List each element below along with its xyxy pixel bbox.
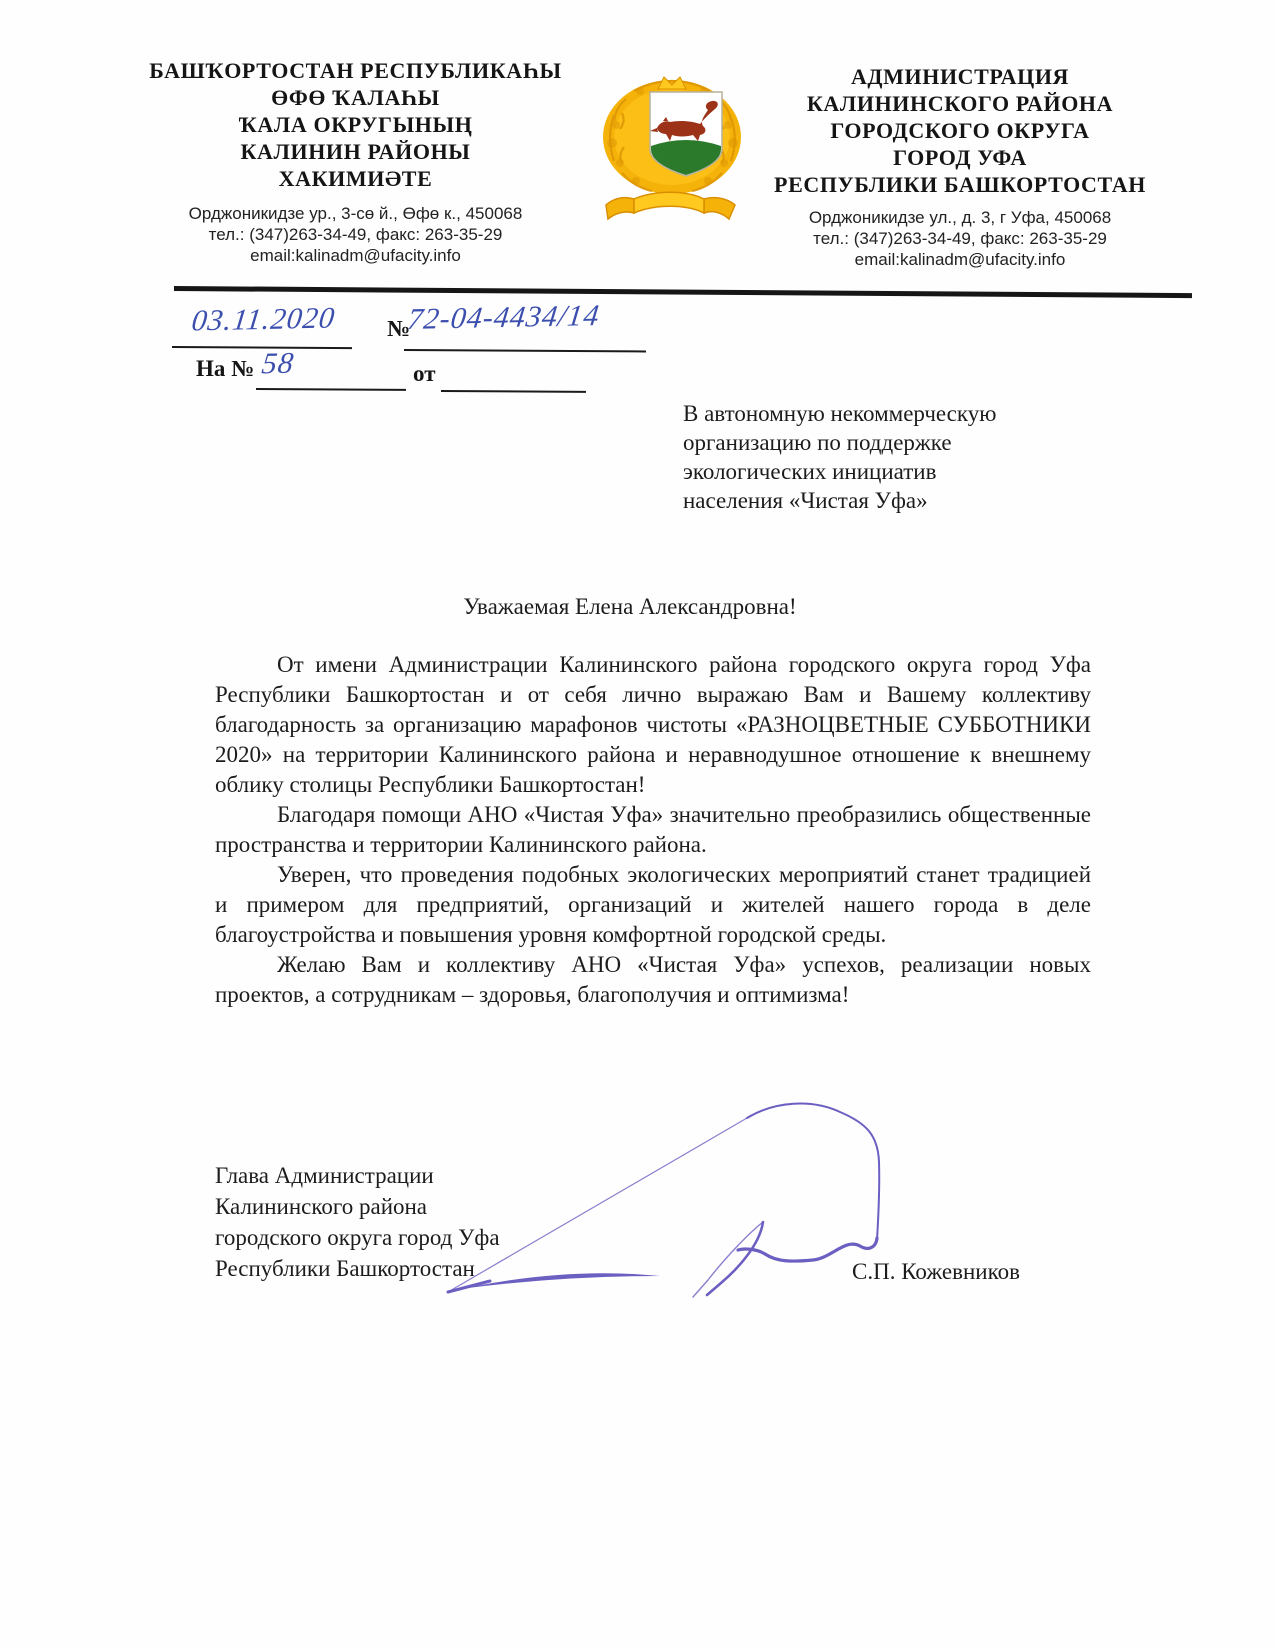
from-underline — [441, 390, 586, 393]
org-address-right: Орджоникидзе ул., д. 3, г Уфа, 450068тел… — [745, 207, 1175, 270]
org-title-bashkir: БАШҠОРТОСТАН РЕСПУБЛИКАҺЫӨФӨ ҠАЛАҺЫҠАЛА … — [118, 57, 593, 192]
recipient-line: В автономную некоммерческую — [683, 399, 1083, 428]
org-title-line: ГОРОДСКОГО ОКРУГА — [745, 117, 1175, 144]
letter-body: От имени Администрации Калининского райо… — [215, 650, 1091, 1010]
header-divider — [174, 286, 1192, 298]
org-title-line: КАЛИНИНСКОГО РАЙОНА — [745, 90, 1175, 117]
scanned-letter-page: БАШҠОРТОСТАН РЕСПУБЛИКАҺЫӨФӨ ҠАЛАҺЫҠАЛА … — [0, 0, 1275, 1650]
org-title-line: ӨФӨ ҠАЛАҺЫ — [118, 84, 593, 111]
org-title-line: ҠАЛА ОКРУГЫНЫҢ — [118, 111, 593, 138]
address-line: Орджоникидзе ур., 3-сө й., Өфө к., 45006… — [118, 203, 593, 224]
org-block-russian: АДМИНИСТРАЦИЯКАЛИНИНСКОГО РАЙОНАГОРОДСКО… — [745, 63, 1175, 270]
reply-label: На № — [196, 356, 254, 382]
number-underline — [404, 349, 646, 352]
handwritten-reply-number: 58 — [260, 347, 296, 382]
org-title-line: АДМИНИСТРАЦИЯ — [745, 63, 1175, 90]
handwritten-signature — [420, 1090, 900, 1315]
reply-underline — [256, 388, 406, 391]
org-address-left: Орджоникидзе ур., 3-сө й., Өфө к., 45006… — [118, 203, 593, 266]
body-paragraph: Желаю Вам и коллективу АНО «Чистая Уфа» … — [215, 950, 1091, 1010]
recipient-line: экологических инициатив — [683, 457, 1083, 486]
address-line: тел.: (347)263-34-49, факс: 263-35-29 — [745, 228, 1175, 249]
body-paragraph: От имени Администрации Калининского райо… — [215, 650, 1091, 800]
recipient-line: организацию по поддержке — [683, 428, 1083, 457]
org-title-line: КАЛИНИН РАЙОНЫ — [118, 138, 593, 165]
salutation: Уважаемая Елена Александровна! — [215, 594, 1045, 620]
org-title-russian: АДМИНИСТРАЦИЯКАЛИНИНСКОГО РАЙОНАГОРОДСКО… — [745, 63, 1175, 198]
handwritten-date: 03.11.2020 — [190, 302, 337, 339]
signatory-name: С.П. Кожевников — [852, 1259, 1020, 1285]
org-block-bashkir: БАШҠОРТОСТАН РЕСПУБЛИКАҺЫӨФӨ ҠАЛАҺЫҠАЛА … — [118, 57, 593, 266]
recipient-line: населения «Чистая Уфа» — [683, 486, 1083, 515]
body-paragraph: Благодаря помощи АНО «Чистая Уфа» значит… — [215, 800, 1091, 860]
org-title-line: ГОРОД УФА — [745, 144, 1175, 171]
handwritten-number: 72-04-4434/14 — [406, 299, 602, 337]
address-line: email:kalinadm@ufacity.info — [745, 249, 1175, 270]
recipient-block: В автономную некоммерческуюорганизацию п… — [683, 399, 1083, 515]
address-line: Орджоникидзе ул., д. 3, г Уфа, 450068 — [745, 207, 1175, 228]
org-title-line: БАШҠОРТОСТАН РЕСПУБЛИКАҺЫ — [118, 57, 593, 84]
date-underline — [172, 346, 352, 349]
org-title-line: ХАКИМИӘТЕ — [118, 165, 593, 192]
address-line: тел.: (347)263-34-49, факс: 263-35-29 — [118, 224, 593, 245]
ufa-coat-of-arms-icon — [600, 76, 745, 224]
from-label: от — [413, 361, 436, 387]
org-title-line: РЕСПУБЛИКИ БАШКОРТОСТАН — [745, 171, 1175, 198]
address-line: email:kalinadm@ufacity.info — [118, 245, 593, 266]
body-paragraph: Уверен, что проведения подобных экологич… — [215, 860, 1091, 950]
